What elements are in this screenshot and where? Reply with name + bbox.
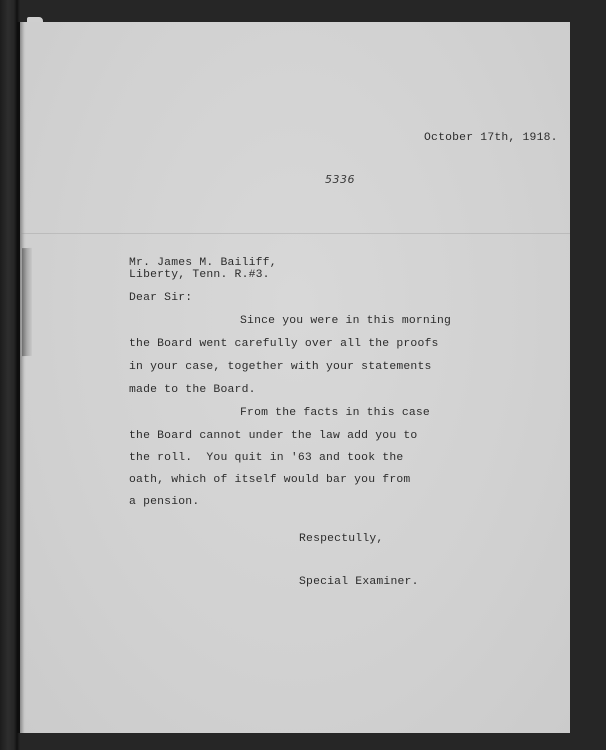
paragraph-line: the roll. You quit in '63 and took the — [129, 453, 403, 464]
letter-date: October 17th, 1918. — [424, 133, 558, 144]
recipient-name: Mr. James M. Bailiff, — [129, 258, 277, 269]
binding-strip — [22, 248, 32, 356]
paragraph-line: a pension. — [129, 497, 199, 508]
fold-line — [20, 233, 570, 234]
recipient-address: Liberty, Tenn. R.#3. — [129, 270, 270, 281]
paragraph-line: Since you were in this morning — [240, 316, 451, 327]
paragraph-line: From the facts in this case — [240, 408, 430, 419]
letter-page: October 17th, 1918. 5336 Mr. James M. Ba… — [20, 22, 570, 733]
closing: Respectully, — [299, 534, 383, 545]
signature-title: Special Examiner. — [299, 577, 419, 588]
handwritten-file-number: 5336 — [325, 174, 355, 185]
paragraph-line: made to the Board. — [129, 385, 256, 396]
paragraph-line: oath, which of itself would bar you from — [129, 475, 410, 486]
paragraph-line: the Board went carefully over all the pr… — [129, 339, 439, 350]
salutation: Dear Sir: — [129, 293, 192, 304]
paragraph-line: in your case, together with your stateme… — [129, 362, 432, 373]
paragraph-line: the Board cannot under the law add you t… — [129, 431, 417, 442]
